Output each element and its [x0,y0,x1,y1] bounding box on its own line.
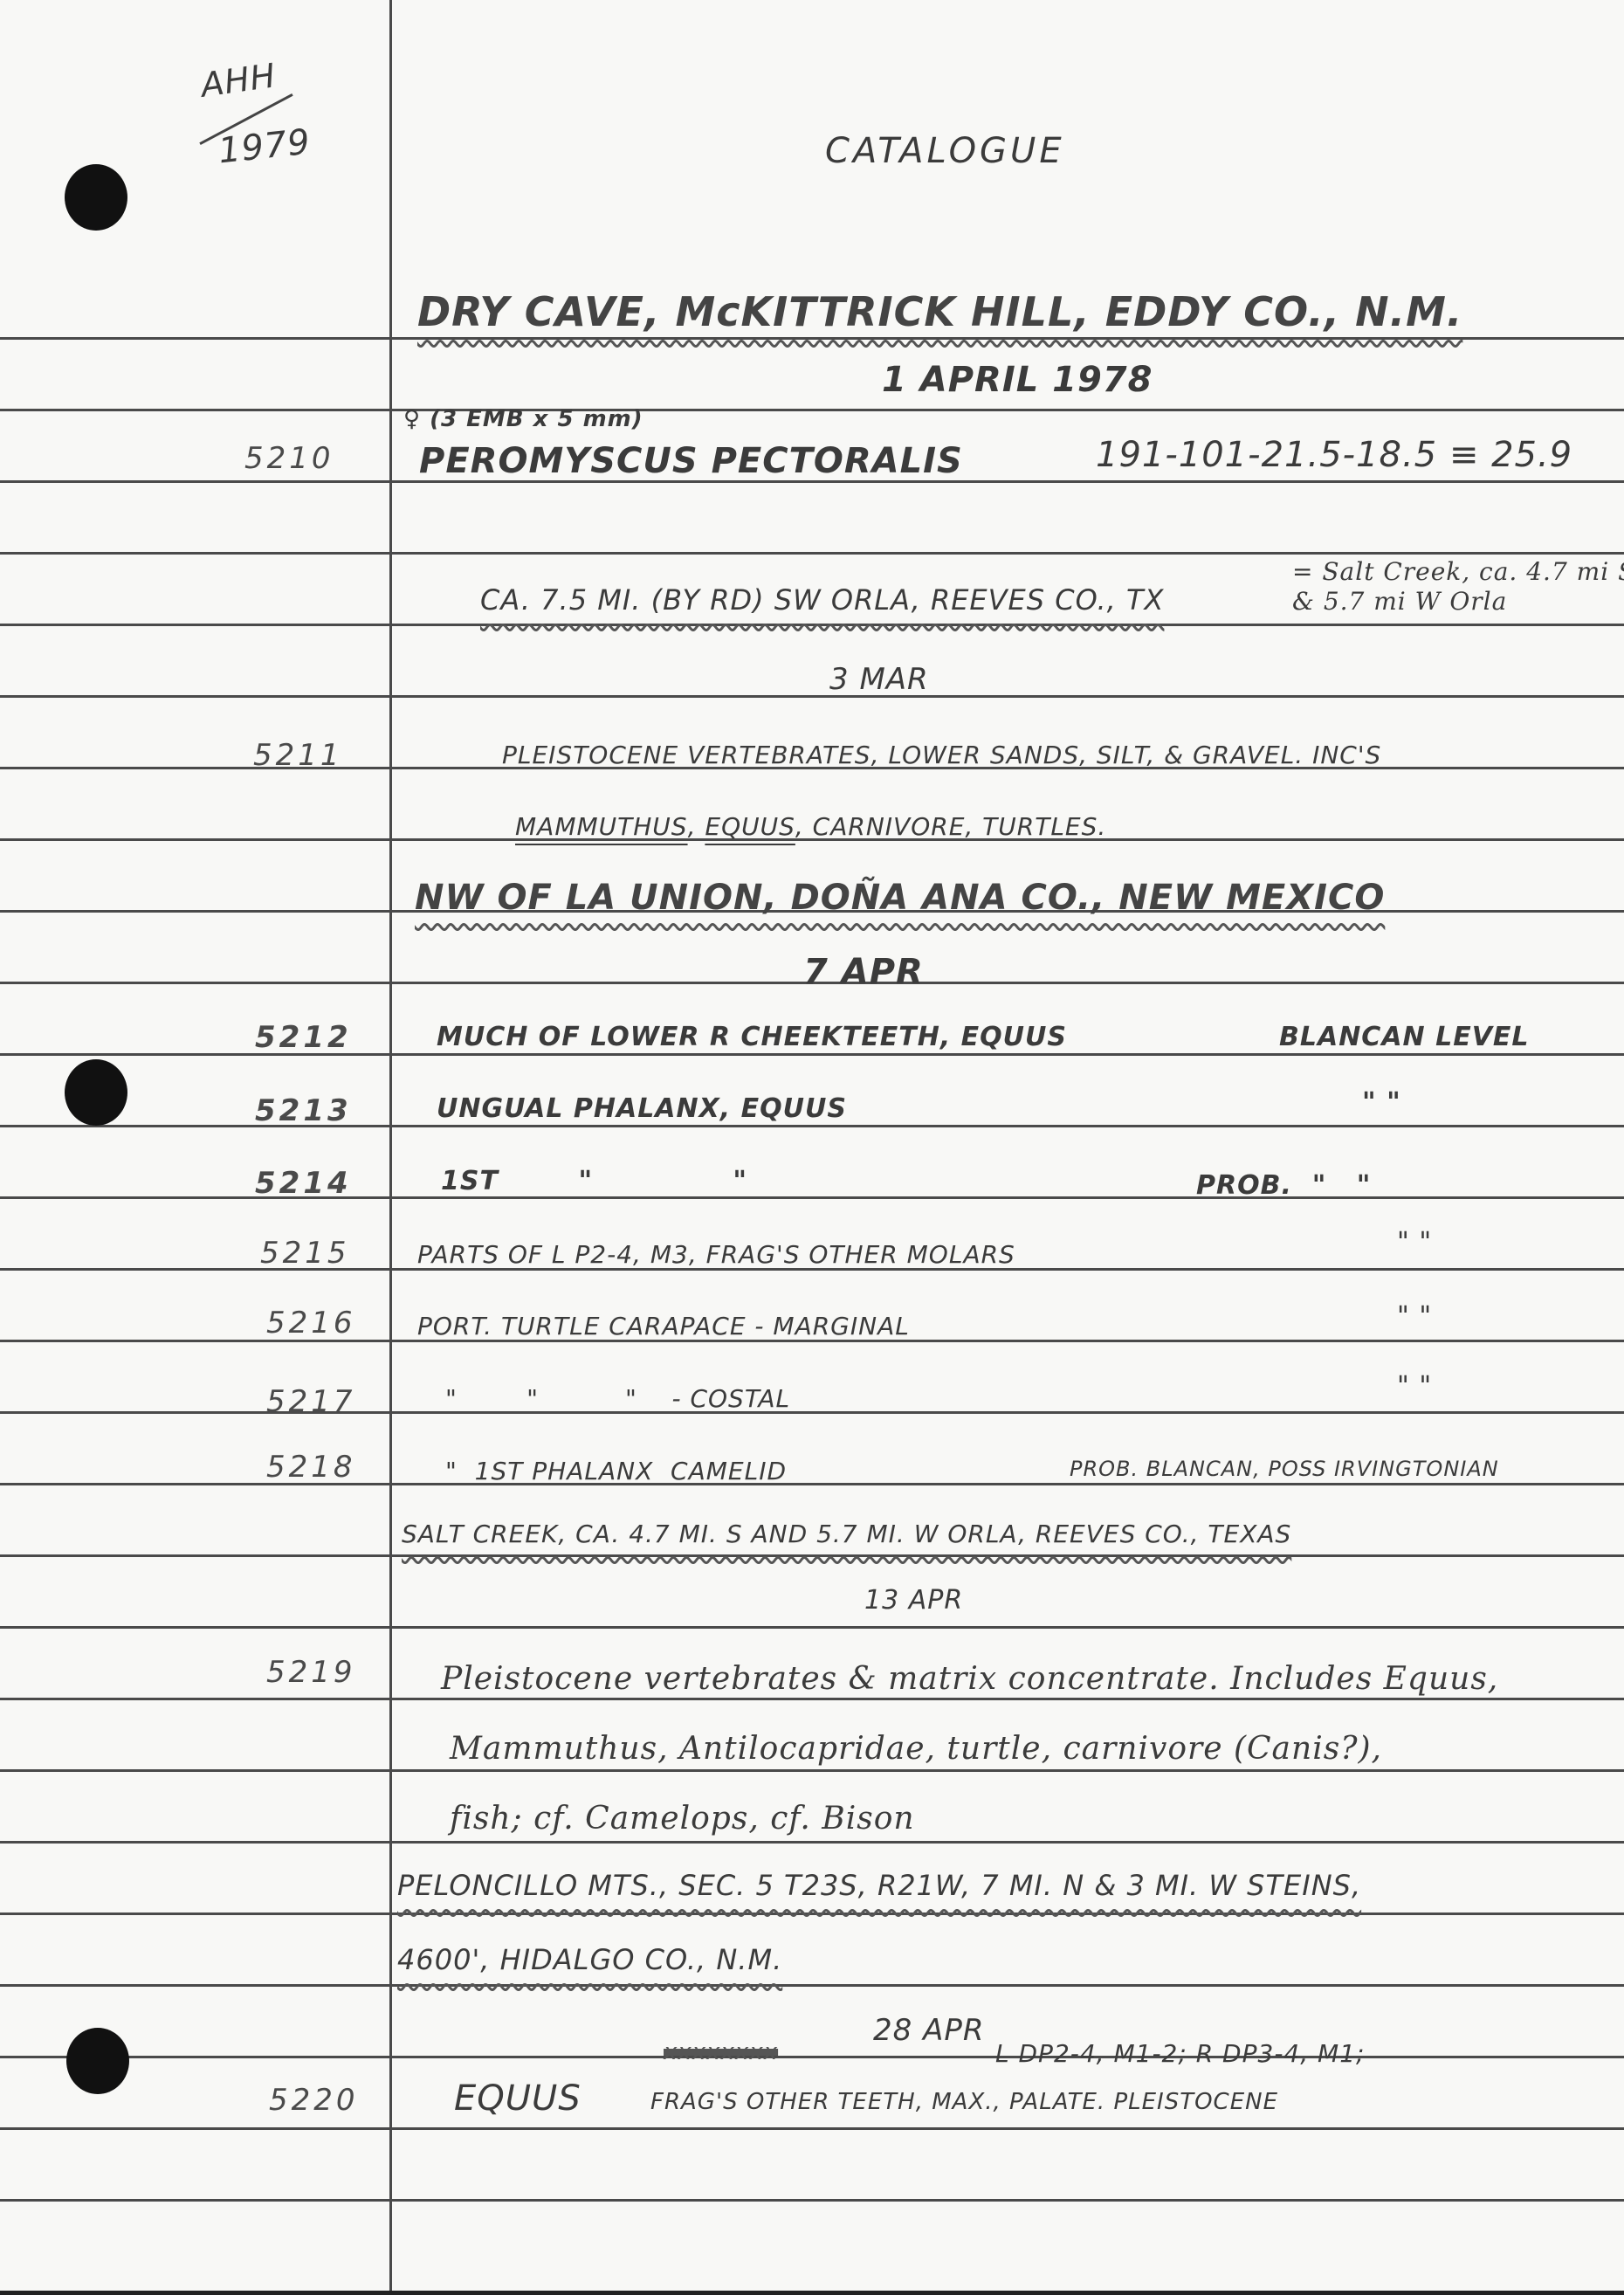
entry-5219-description-1: Pleistocene vertebrates & matrix concent… [441,1661,1498,1697]
margin-line [389,0,392,2295]
ruled-line [0,1841,1624,1844]
entry-5220-description-2: FRAG'S OTHER TEETH, MAX., PALATE. PLEIST… [650,2089,1278,2115]
entry-5220-description-1: L DP2-4, M1-2; R DP3-4, M1; [995,2039,1365,2068]
year: 1979 [217,122,313,172]
catalog-number-5212: 5212 [255,1020,352,1055]
entry-5213-age: " " [1362,1087,1401,1118]
ruled-line [0,2199,1624,2202]
catalog-number-5220: 5220 [269,2083,359,2118]
entry-5219-description-3: fish; cf. Camelops, cf. Bison [450,1801,915,1837]
entry-5211-rest: , CARNIVORE, TURTLES. [795,812,1106,841]
entry-5210-note: ♀ (3 EMB x 5 mm) [403,406,643,432]
catalog-number-5211: 5211 [253,738,343,773]
ruled-line [0,624,1624,626]
taxon-equus: EQUUS [705,812,795,841]
locality-3-date: 7 APR [803,952,924,992]
ruled-line [0,1912,1624,1915]
entry-5214-age: PROB. " " [1196,1170,1371,1201]
initials: AHH [198,56,278,105]
entry-5214-description: 1st " " [441,1166,747,1196]
locality-2-annotation-2: & 5.7 mi W Orla [1292,587,1507,616]
ruled-line [0,1125,1624,1127]
locality-5-name-1: PELONCILLO MTS., SEC. 5 T23S, R21W, 7 mi… [397,1869,1361,1902]
ruled-line [0,2056,1624,2058]
ruled-line [0,409,1624,411]
catalog-number-5213: 5213 [255,1093,352,1128]
ruled-line [0,1411,1624,1414]
taxon-mammuthus: MAMMUTHUS [515,812,688,841]
ruled-line [0,695,1624,698]
locality-4-date: 13 APR [864,1585,963,1616]
entry-5220-taxon: EQUUS [454,2078,581,2119]
ruled-line [0,1626,1624,1629]
ruled-line [0,1698,1624,1700]
catalog-number-5215: 5215 [260,1236,350,1271]
locality-3-name: NW OF LA UNION, DOÑA ANA CO., NEW MEXICO [415,878,1385,918]
catalog-number-5210: 5210 [244,441,334,476]
entry-5216-description: PORT. TURTLE CARAPACE - MARGINAL [417,1312,910,1340]
punch-hole-middle [65,1059,127,1126]
entry-5212-age: BLANCAN LEVEL [1279,1022,1530,1052]
ruled-line [0,1554,1624,1557]
locality-2-annotation-1: = Salt Creek, ca. 4.7 mi S [1292,557,1624,586]
locality-1-date: 1 APRIL 1978 [882,360,1153,400]
entry-5220-strikethrough: xxxxxxxx [664,2039,778,2065]
entry-5210-measurements: 191-101-21.5-18.5 ≡ 25.9 [1096,435,1572,475]
punch-hole-bottom [66,2028,129,2094]
entry-5219-description-2: Mammuthus, Antilocapridae, turtle, carni… [450,1731,1382,1767]
catalog-number-5216: 5216 [266,1306,356,1340]
catalogue-page: AHH 1979 CATALOGUE DRY CAVE, McKITTRICK … [0,0,1624,2295]
entry-5216-age: " " [1397,1301,1432,1332]
locality-2-name: CA. 7.5 mi. (BY RD) SW ORLA, REEVES CO.,… [480,583,1164,617]
entry-5211-description-2: MAMMUTHUS, EQUUS, CARNIVORE, TURTLES. [515,812,1106,841]
entry-5215-age: " " [1397,1227,1432,1258]
entry-5210-description: PEROMYSCUS PECTORALIS [419,441,963,481]
ruled-line [0,2127,1624,2130]
entry-5215-description: PARTS OF L p2-4, m3, FRAG'S OTHER MOLARS [417,1240,1015,1269]
punch-hole-top [65,164,127,231]
entry-5211-description-1: PLEISTOCENE VERTEBRATES, LOWER SANDS, SI… [502,741,1381,769]
catalog-number-5218: 5218 [266,1450,356,1485]
ruled-line [0,552,1624,555]
locality-1-name: DRY CAVE, McKITTRICK HILL, EDDY CO., N.M… [417,288,1462,335]
ruled-line [0,1196,1624,1199]
locality-5-date: 28 APR [873,2013,984,2048]
ruled-line [0,1984,1624,1987]
entry-5218-description: " 1st PHALANX CAMELID [445,1457,787,1485]
page-bottom-edge [0,2291,1624,2295]
entry-5213-description: UNGUAL PHALANX, EQUUS [437,1093,847,1124]
ruled-line [0,1483,1624,1485]
locality-5-name-2: 4600', HIDALGO CO., N.M. [397,1943,782,1976]
locality-2-date: 3 MAR [829,662,929,697]
entry-5212-description: MUCH OF LOWER R CHEEKTEETH, EQUUS [437,1022,1067,1052]
ruled-line [0,337,1624,340]
locality-4-name: SALT CREEK, CA. 4.7 mi. S AND 5.7 mi. W … [402,1520,1291,1548]
catalog-number-5219: 5219 [266,1655,356,1690]
catalog-number-5217: 5217 [266,1384,356,1419]
ruled-line [0,1053,1624,1056]
entry-5218-age: PROB. BLANCAN, POSS IRVINGTONIAN [1070,1457,1499,1481]
page-title: CATALOGUE [825,131,1065,171]
ruled-line [0,1769,1624,1772]
entry-5217-description: " " " - COSTAL [445,1384,790,1413]
entry-5217-age: " " [1397,1371,1432,1402]
catalog-number-5214: 5214 [255,1166,352,1201]
